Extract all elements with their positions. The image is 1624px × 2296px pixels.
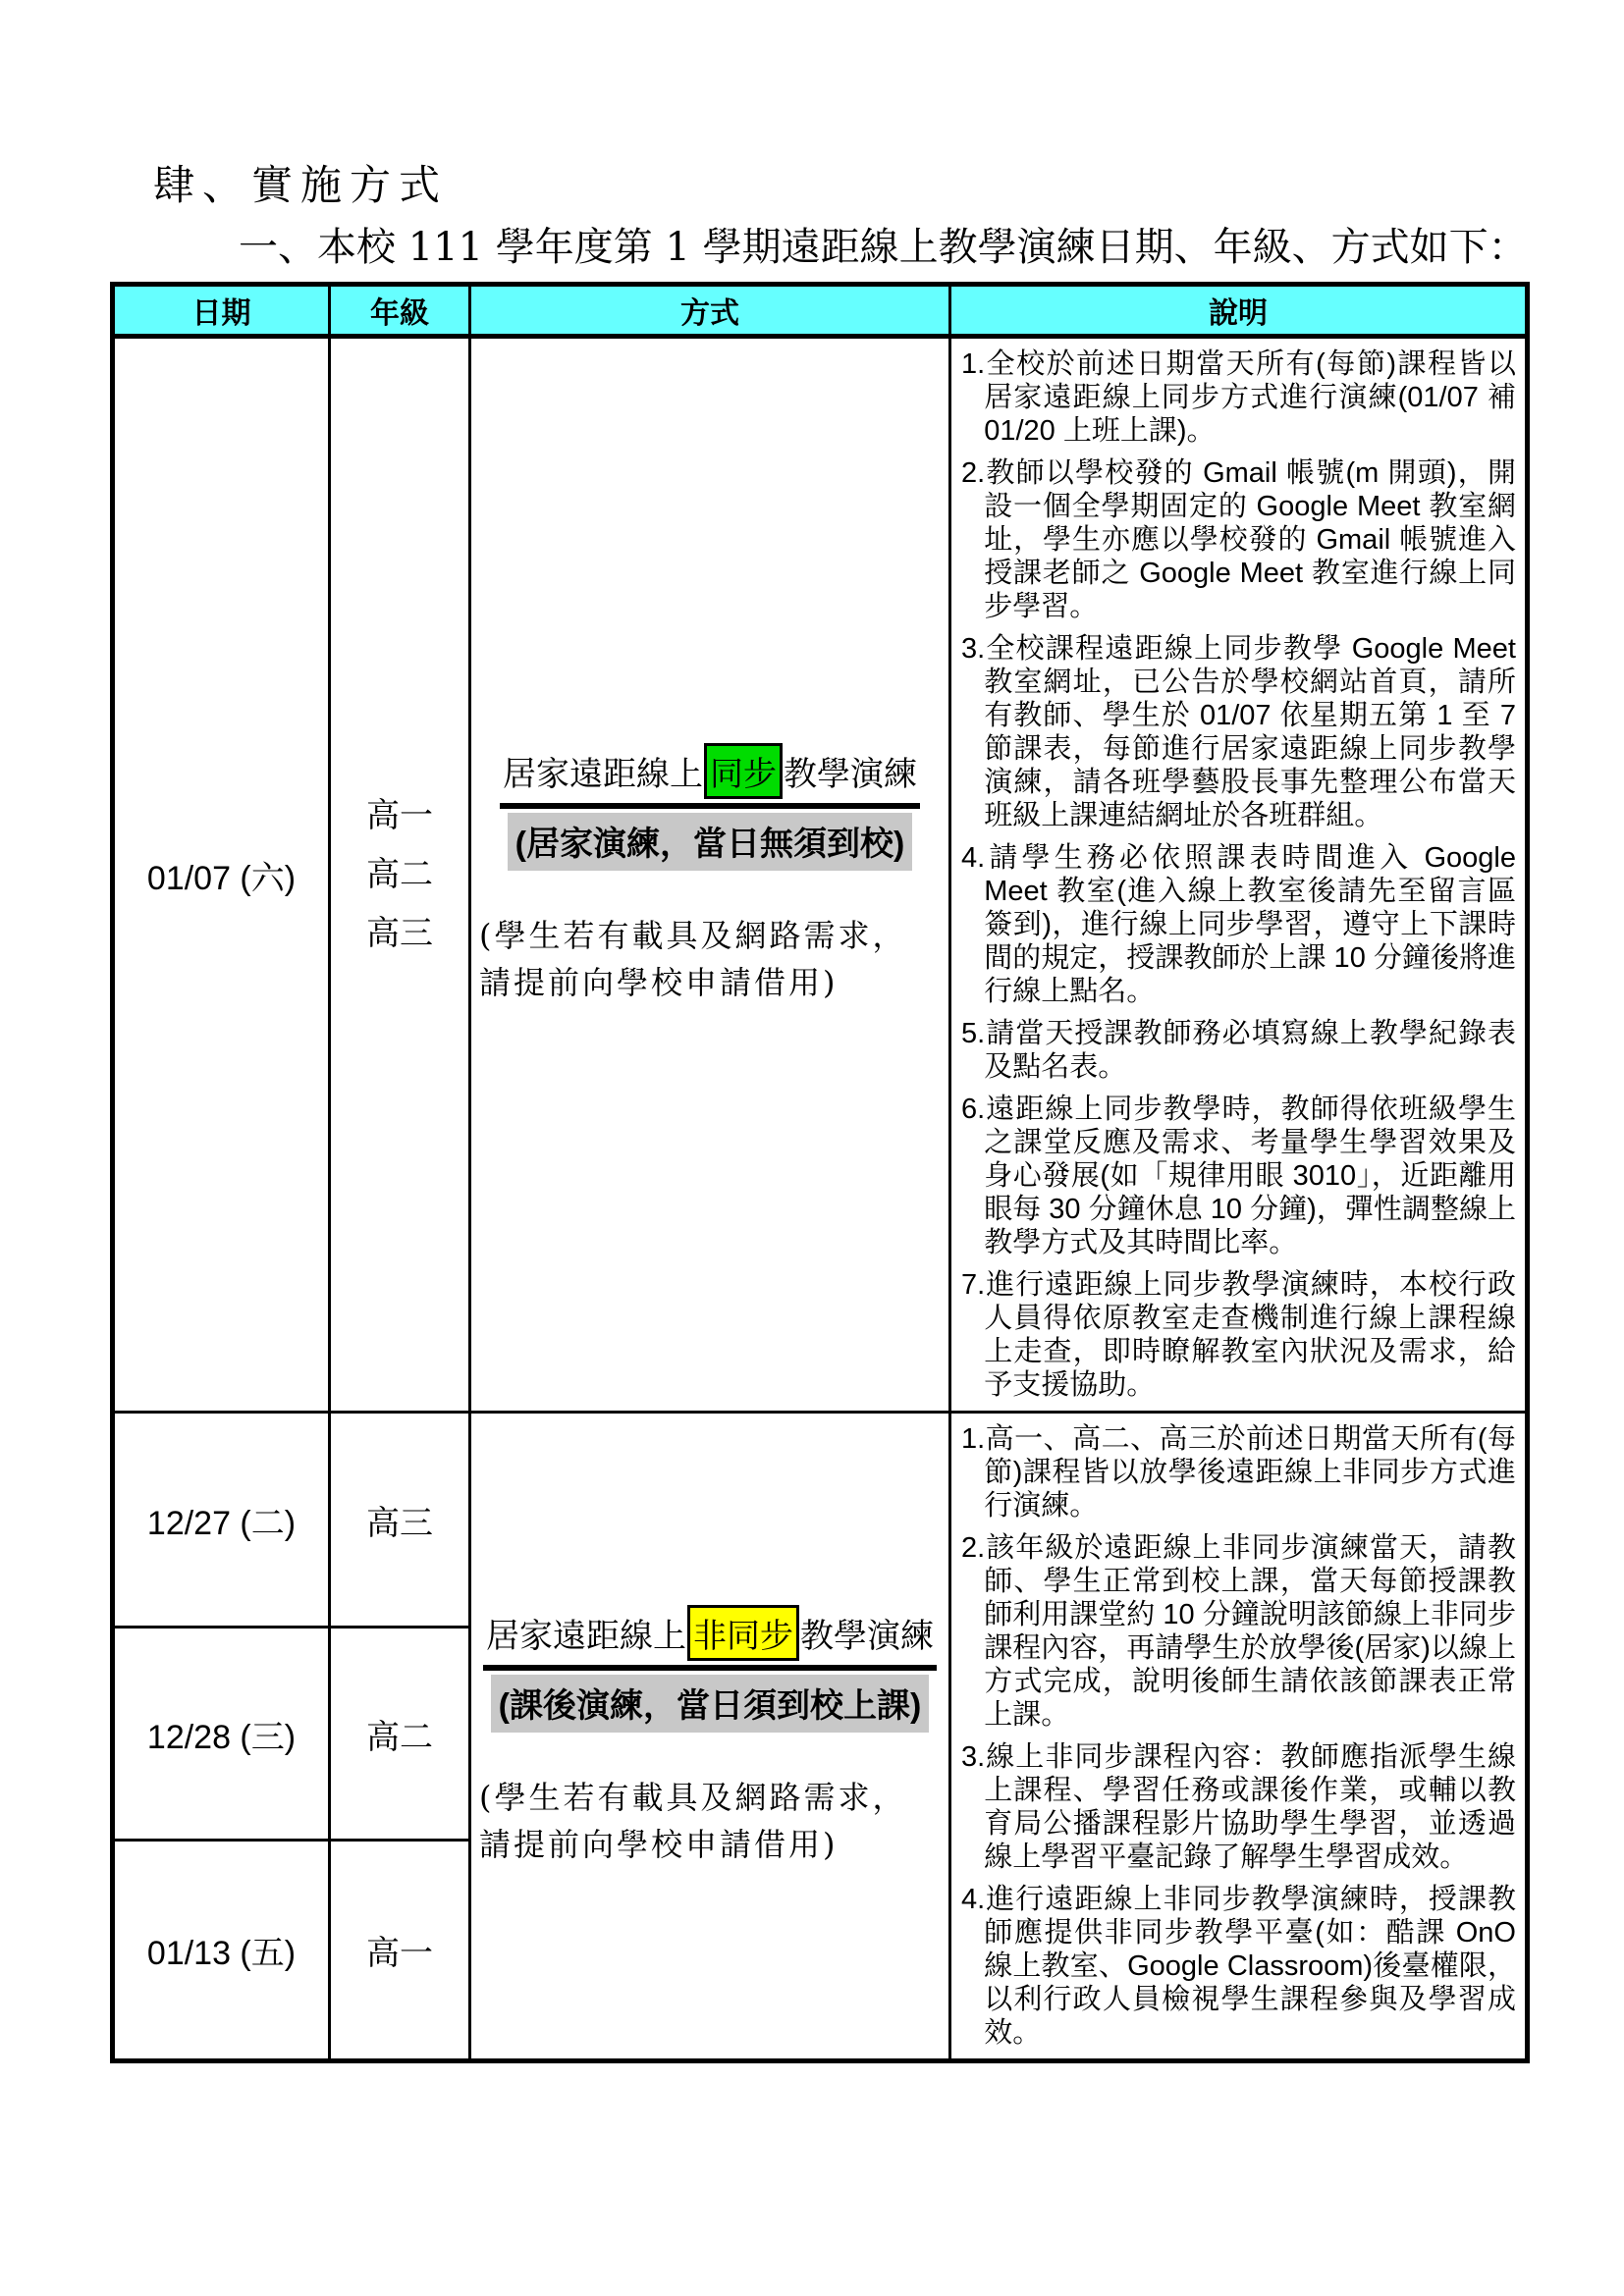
column-header-method: 方式 (470, 285, 950, 337)
method-cell-sync: 居家遠距線上同步教學演練 (居家演練，當日無須到校) (學生若有載具及網路需求，… (470, 337, 950, 1413)
description-cell-async: 1.高一、高二、高三於前述日期當天所有(每節)課程皆以放學後遠距線上非同步方式進… (950, 1413, 1528, 2061)
async-highlight: 非同步 (687, 1605, 799, 1661)
method-title-suffix: 教學演練 (800, 1618, 934, 1655)
column-header-date: 日期 (113, 285, 330, 337)
column-header-grade: 年級 (330, 285, 470, 337)
method-subtitle-async: (課後演練，當日須到校上課) (491, 1675, 930, 1733)
method-note-async: (學生若有載具及網路需求，請提前向學校申請借用) (477, 1774, 943, 1868)
sync-highlight: 同步 (704, 743, 783, 799)
method-title-prefix: 居家遠距線上 (503, 756, 703, 793)
table-header-row: 日期 年級 方式 說明 (113, 285, 1528, 337)
method-cell-async: 居家遠距線上非同步教學演練 (課後演練，當日須到校上課) (學生若有載具及網路需… (470, 1413, 950, 2061)
method-title-suffix: 教學演練 (784, 756, 917, 793)
grade-cell-g3: 高三 (330, 1413, 470, 1628)
note-item: 2.教師以學校發的 Gmail 帳號(m 開頭)，開設一個全學期固定的 Goog… (961, 456, 1516, 623)
note-item: 5.請當天授課教師務必填寫線上教學紀錄表及點名表。 (961, 1017, 1516, 1084)
method-title-prefix: 居家遠距線上 (486, 1618, 686, 1655)
description-cell-sync: 1.全校於前述日期當天所有(每節)課程皆以居家遠距線上同步方式進行演練(01/0… (950, 337, 1528, 1413)
method-title-sync: 居家遠距線上同步教學演練 (500, 743, 920, 809)
grade-line-2: 高二 (332, 845, 467, 904)
column-header-description: 說明 (950, 285, 1528, 337)
note-item: 1.高一、高二、高三於前述日期當天所有(每節)課程皆以放學後遠距線上非同步方式進… (961, 1422, 1516, 1522)
method-subtitle-sync: (居家演練，當日無須到校) (508, 813, 913, 871)
method-note-sync: (學生若有載具及網路需求，請提前向學校申請借用) (477, 912, 943, 1006)
grade-cell-g1: 高一 (330, 1841, 470, 2061)
grade-line-1: 高一 (332, 786, 467, 845)
note-item: 2.該年級於遠距線上非同步演練當天，請教師、學生正常到校上課，當天每節授課教師利… (961, 1531, 1516, 1732)
note-item: 1.全校於前述日期當天所有(每節)課程皆以居家遠距線上同步方式進行演練(01/0… (961, 347, 1516, 448)
note-item: 7.進行遠距線上同步教學演練時，本校行政人員得依原教室走查機制進行線上課程線上走… (961, 1268, 1516, 1402)
drill-schedule-table: 日期 年級 方式 說明 01/07 (六) 高一 高二 高三 居家遠距線上同步教… (110, 282, 1530, 2063)
note-item: 6.遠距線上同步教學時，教師得依班級學生之課堂反應及需求、考量學生學習效果及身心… (961, 1093, 1516, 1259)
table-row-async-1: 12/27 (二) 高三 居家遠距線上非同步教學演練 (課後演練，當日須到校上課… (113, 1413, 1528, 1628)
grade-line-3: 高三 (332, 904, 467, 963)
date-cell-0113: 01/13 (五) (113, 1841, 330, 2061)
note-item: 4.請學生務必依照課表時間進入 Google Meet 教室(進入線上教室後請先… (961, 841, 1516, 1008)
note-item: 4.進行遠距線上非同步教學演練時，授課教師應提供非同步教學平臺(如：酷課 OnO… (961, 1883, 1516, 2050)
note-item: 3.線上非同步課程內容：教師應指派學生線上課程、學習任務或課後作業，或輔以教育局… (961, 1740, 1516, 1874)
grade-cell-g2: 高二 (330, 1628, 470, 1841)
date-cell-1227: 12/27 (二) (113, 1413, 330, 1628)
note-item: 3.全校課程遠距線上同步教學 Google Meet 教室網址，已公告於學校網站… (961, 632, 1516, 832)
grade-cell-all: 高一 高二 高三 (330, 337, 470, 1413)
method-title-async: 居家遠距線上非同步教學演練 (483, 1605, 937, 1671)
date-cell-0107: 01/07 (六) (113, 337, 330, 1413)
page-subtitle: 一、本校 111 學年度第 1 學期遠距線上教學演練日期、年級、方式如下： (239, 216, 1528, 272)
date-cell-1228: 12/28 (三) (113, 1628, 330, 1841)
table-row-sync: 01/07 (六) 高一 高二 高三 居家遠距線上同步教學演練 (居家演練，當日… (113, 337, 1528, 1413)
page-title: 肆、實施方式 (153, 153, 448, 212)
